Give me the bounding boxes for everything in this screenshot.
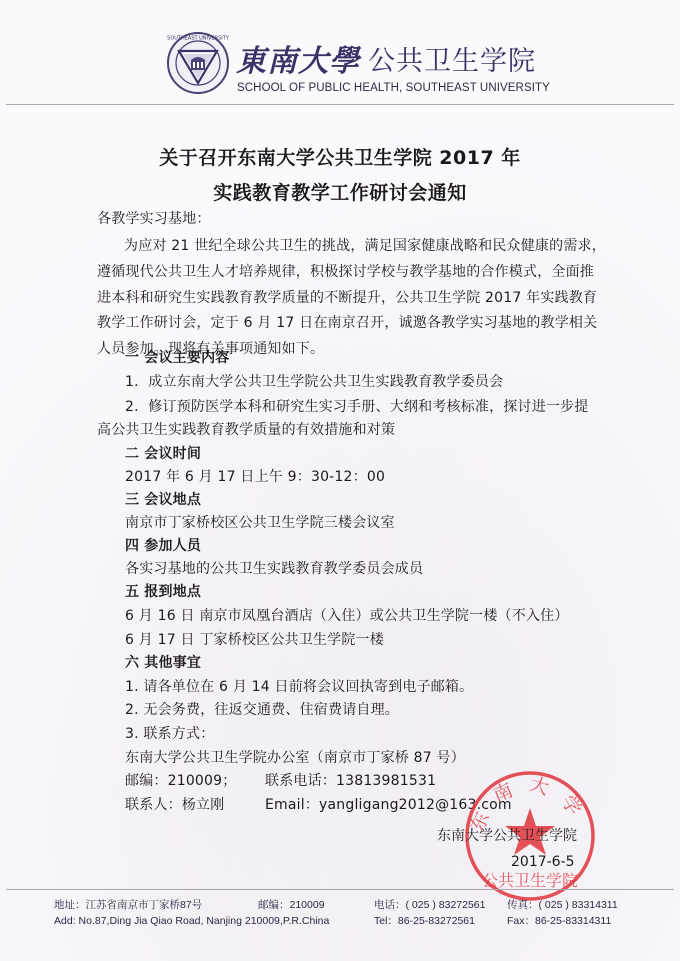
section-heading: 四 参加人员 [125,536,201,556]
salutation: 各教学实习基地： [97,209,211,229]
section-line: 2．修订预防医学本科和研究生实习手册、大纲和考核标准，探讨进一步提 [125,397,589,417]
section-line: 3. 联系方式： [125,724,214,744]
section-line: 6 月 17 日 丁家桥校区公共卫生学院一楼 [125,630,384,650]
footer-postcode-cn: 邮编：210009 [258,898,325,912]
intro-line: 遵循现代公共卫生人才培养规律，积极探讨学校与教学基地的合作模式，全面推 [97,262,594,282]
footer-address-en: Add: No.87,Ding Jia Qiao Road, Nanjing 2… [54,914,329,928]
section-line: 1．成立东南大学公共卫生学院公共卫生实践教育教学委员会 [125,372,503,392]
contact-person: 联系人：杨立刚 [125,795,224,815]
section-heading: 三 会议地点 [125,490,201,510]
brand-calligraphy: 東南大學 [236,36,360,80]
section-line: 1. 请各单位在 6 月 14 日前将会议回执寄到电子邮箱。 [125,677,473,697]
svg-text:公共卫生学院: 公共卫生学院 [482,871,578,890]
section-heading: 六 其他事宜 [125,653,201,673]
footer-fax-en: Fax：86-25-83314311 [507,914,611,928]
document-title-line-2: 实践教育教学工作研讨会通知 [0,178,680,205]
school-brand: 東南大學 公共卫生学院 [236,40,536,76]
university-emblem-icon: SOUTHEAST UNIVERSITY [166,31,230,95]
section-line: 南京市丁家桥校区公共卫生学院三楼会议室 [125,513,395,533]
footer-address-cn: 地址：江苏省南京市丁家桥87号 [54,898,202,912]
signature-organization: 东南大学公共卫生学院 [437,826,577,846]
header-divider [6,104,674,105]
footer-divider [6,889,674,890]
section-line: 2017 年 6 月 17 日上午 9：30-12：00 [125,467,385,487]
svg-text:SOUTHEAST UNIVERSITY: SOUTHEAST UNIVERSITY [167,36,230,42]
footer-tel-cn: 电话：( 025 ) 83272561 [374,898,485,912]
footer-tel-en: Tel：86-25-83272561 [374,914,475,928]
section-heading: 五 报到地点 [125,582,201,602]
school-name-en: SCHOOL OF PUBLIC HEALTH, SOUTHEAST UNIVE… [237,82,550,94]
school-name-cn: 公共卫生学院 [368,39,536,78]
section-line: 各实习基地的公共卫生实践教育教学委员会成员 [125,559,423,579]
section-line: 6 月 16 日 南京市凤凰台酒店（入住）或公共卫生学院一楼（不入住） [125,606,569,626]
footer-fax-cn: 传真：( 025 ) 83314311 [507,898,618,912]
section-heading: 一 会议主要内容 [125,348,229,368]
contact-postcode: 邮编：210009； [125,771,236,791]
intro-line: 进本科和研究生实践教育教学质量的不断提升，公共卫生学院 2017 年实践教育 [97,288,597,308]
section-line: 高公共卫生实践教育教学质量的有效措施和对策 [97,420,395,440]
signature-date: 2017-6-5 [511,852,575,872]
intro-line: 教学工作研讨会，定于 6 月 17 日在南京召开，诚邀各教学实习基地的教学相关 [97,313,597,333]
contact-phone: 联系电话：13813981531 [265,771,436,791]
section-heading: 二 会议时间 [125,444,201,464]
section-line: 东南大学公共卫生学院办公室（南京市丁家桥 87 号） [125,748,465,768]
intro-line: 为应对 21 世纪全球公共卫生的挑战，满足国家健康战略和民众健康的需求， [124,236,606,256]
section-line: 2. 无会务费，往返交通费、住宿费请自理。 [125,700,399,720]
document-title-line-1: 关于召开东南大学公共卫生学院 2017 年 [0,143,680,170]
